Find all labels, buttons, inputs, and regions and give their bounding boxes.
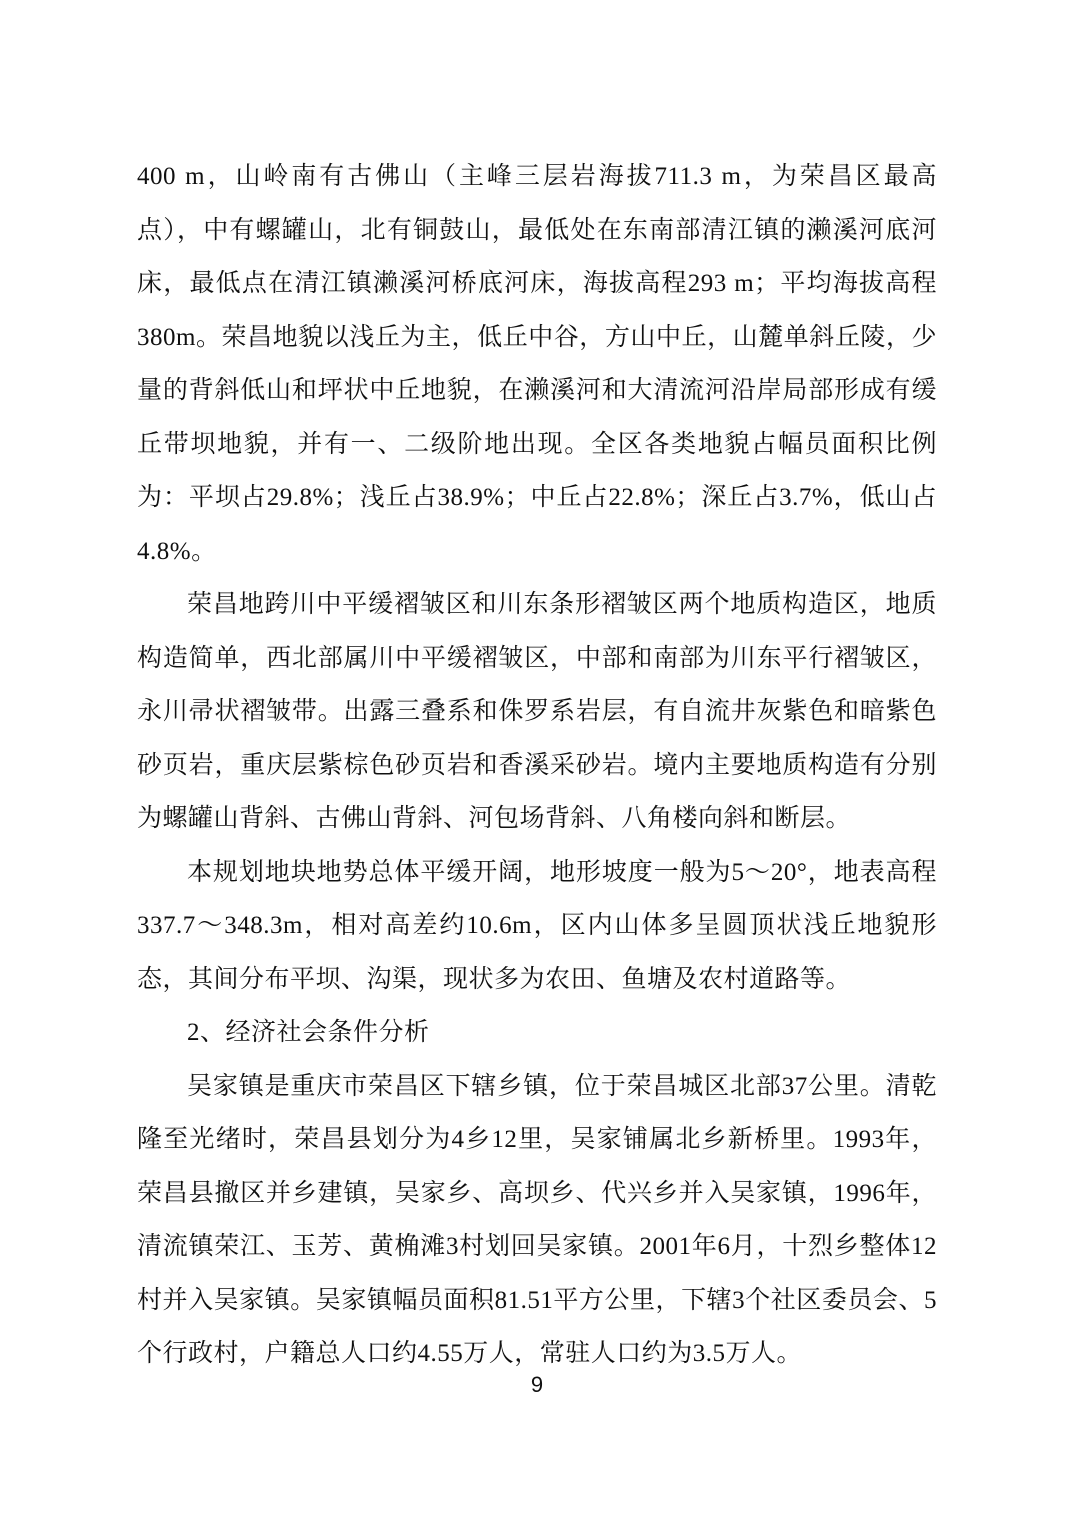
page-number: 9: [0, 1372, 1074, 1398]
document-page: 400 m，山岭南有古佛山（主峰三层岩海拔711.3 m，为荣昌区最高点），中有…: [0, 0, 1074, 1520]
paragraph-geology: 荣昌地跨川中平缓褶皱区和川东条形褶皱区两个地质构造区，地质构造简单，西北部属川中…: [137, 578, 937, 846]
document-body: 400 m，山岭南有古佛山（主峰三层岩海拔711.3 m，为荣昌区最高点），中有…: [137, 150, 937, 1381]
paragraph-planning-plot: 本规划地块地势总体平缓开阔，地形坡度一般为5～20°，地表高程337.7～348…: [137, 846, 937, 1007]
paragraph-terrain-continuation: 400 m，山岭南有古佛山（主峰三层岩海拔711.3 m，为荣昌区最高点），中有…: [137, 150, 937, 578]
paragraph-wujia-town: 吴家镇是重庆市荣昌区下辖乡镇，位于荣昌城区北部37公里。清乾隆至光绪时，荣昌县划…: [137, 1060, 937, 1381]
section-heading-economic-social: 2、经济社会条件分析: [137, 1006, 937, 1060]
